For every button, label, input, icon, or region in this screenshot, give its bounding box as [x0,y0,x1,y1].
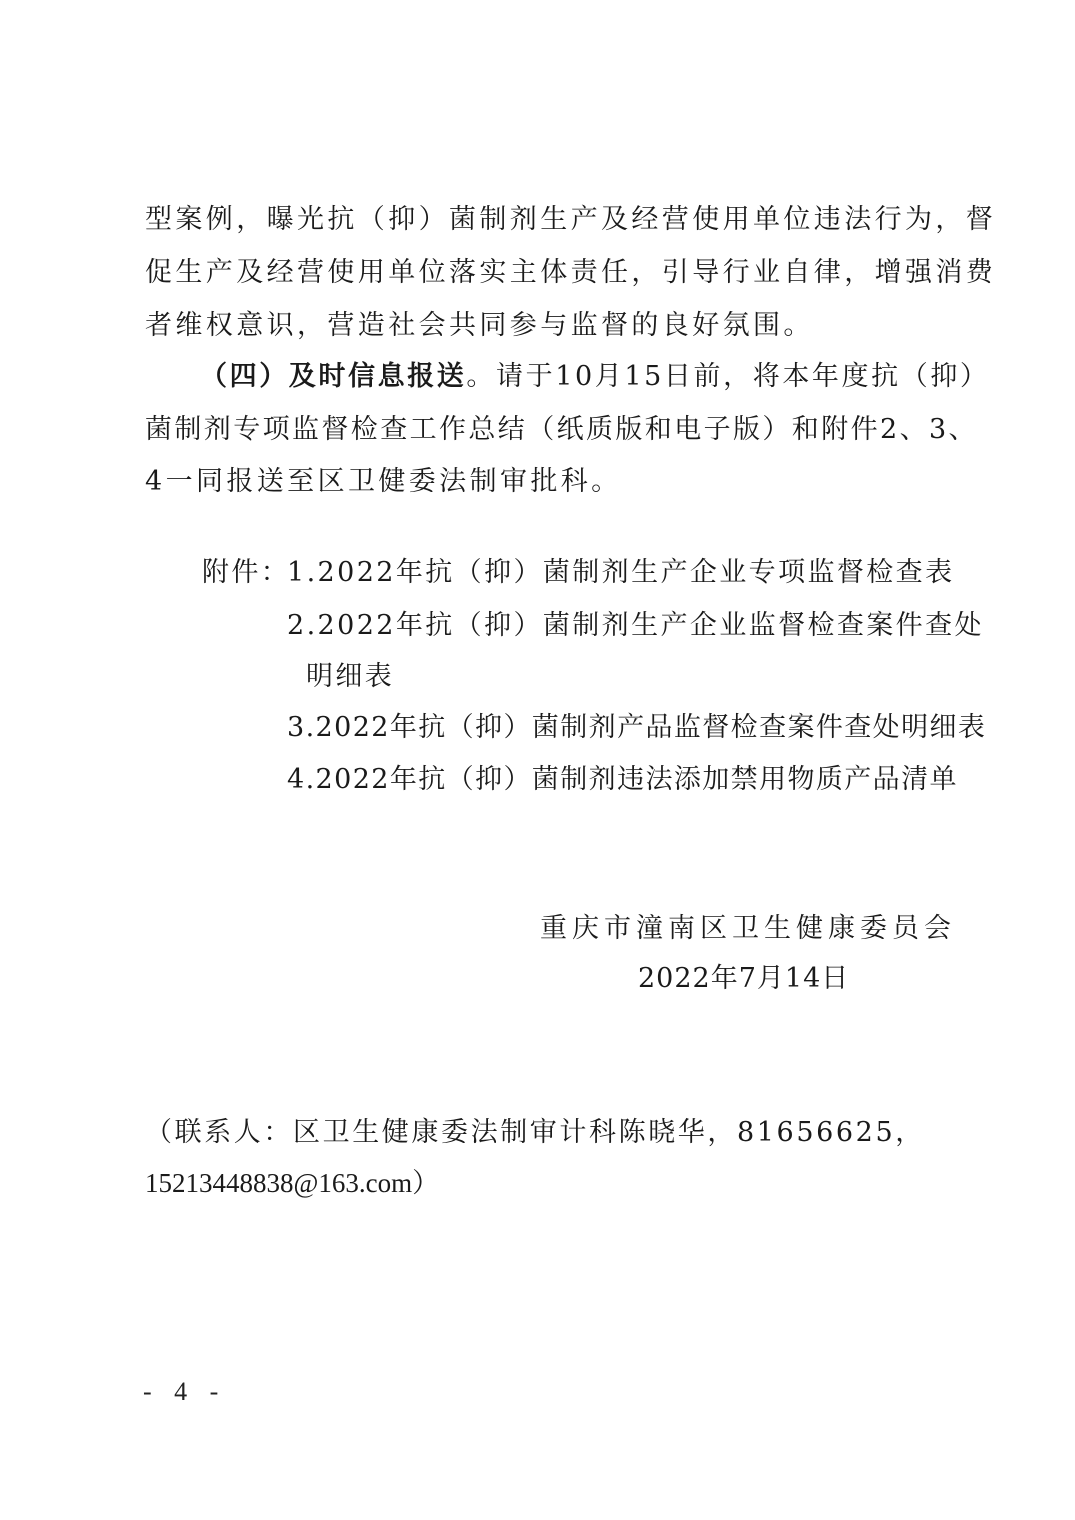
document-page: 型案例，曝光抗（抑）菌制剂生产及经营使用单位违法行为，督 促生产及经营使用单位落… [0,0,1075,1520]
attachment-item-1: 1.2022年抗（抑）菌制剂生产企业专项监督检查表 [287,556,954,590]
contact-line-1: （联系人：区卫生健康委法制审计科陈晓华，81656625， [145,1116,925,1150]
attachment-item-2: 2.2022年抗（抑）菌制剂生产企业监督检查案件查处 [287,609,984,643]
paragraph-line: 促生产及经营使用单位落实主体责任，引导行业自律，增强消费 [145,256,996,290]
paragraph-line: 菌制剂专项监督检查工作总结（纸质版和电子版）和附件2、3、 [145,413,978,447]
signature-organization: 重庆市潼南区卫生健康委员会 [540,912,956,946]
paragraph-line: 4一同报送至区卫健委法制审批科。 [145,465,622,499]
attachments-label: 附件： [202,556,290,590]
paragraph-line: 者维权意识，营造社会共同参与监督的良好氛围。 [145,309,814,343]
contact-line-2: 15213448838@163.com） [145,1166,439,1200]
paragraph-line: 型案例，曝光抗（抑）菌制剂生产及经营使用单位违法行为，督 [145,203,996,237]
paragraph-four-line-1: （四）及时信息报送。请于10月15日前，将本年度抗（抑） [200,360,990,394]
attachment-item-4: 4.2022年抗（抑）菌制剂违法添加禁用物质产品清单 [287,763,958,797]
signature-date: 2022年7月14日 [638,962,849,996]
attachment-item-3: 3.2022年抗（抑）菌制剂产品监督检查案件查处明细表 [287,711,986,745]
attachment-item-2-continuation: 明细表 [306,660,394,694]
paragraph-text: 请于10月15日前，将本年度抗（抑） [496,361,990,392]
section-heading: （四）及时信息报送 [200,361,466,392]
heading-punctuation: 。 [466,361,496,392]
page-number: - 4 - [143,1377,226,1407]
